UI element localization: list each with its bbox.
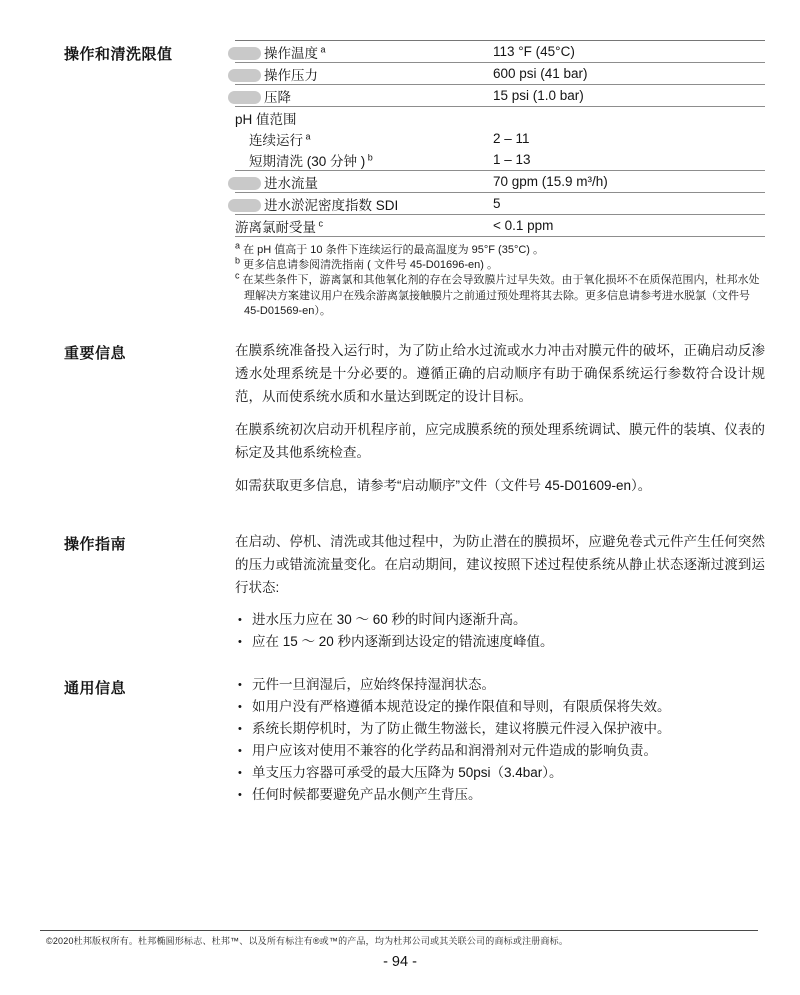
redaction-blob (228, 47, 261, 60)
limits-table: 操作温度 a113 °F (45°C)操作压力600 psi (41 bar)压… (235, 40, 765, 237)
section-title-guidelines: 操作指南 (64, 530, 235, 653)
row-value (493, 107, 765, 129)
row-value: 113 °F (45°C) (493, 41, 765, 63)
bullet-item: 单支压力容器可承受的最大压降为 50psi（3.4bar）。 (235, 762, 765, 784)
guidelines-bullets: 进水压力应在 30 ～ 60 秒的时间内逐渐升高。应在 15 ～ 20 秒内逐渐… (235, 609, 765, 653)
row-value: 1 – 13 (493, 149, 765, 171)
table-row: 操作压力600 psi (41 bar) (235, 63, 765, 85)
footnotes: a 在 pH 值高于 10 条件下连续运行的最高温度为 95°F (35°C) … (235, 243, 765, 319)
bullet-item: 进水压力应在 30 ～ 60 秒的时间内逐渐升高。 (235, 609, 765, 631)
table-row: 游离氯耐受量 c< 0.1 ppm (235, 215, 765, 237)
row-label: 压降 (235, 85, 493, 107)
row-label: pH 值范围 (235, 107, 493, 129)
guidelines-intro: 在启动、停机、清洗或其他过程中，为防止潜在的膜损坏，应避免卷式元件产生任何突然的… (235, 530, 765, 599)
section-title-general: 通用信息 (64, 674, 235, 806)
table-row: 连续运行 a2 – 11 (235, 128, 765, 149)
row-value: 5 (493, 193, 765, 215)
section-general: 通用信息 元件一旦润湿后，应始终保持湿润状态。如用户没有严格遵循本规范设定的操作… (0, 674, 800, 806)
footnote-marker: c (235, 271, 240, 281)
general-body: 元件一旦润湿后，应始终保持湿润状态。如用户没有严格遵循本规范设定的操作限值和导则… (235, 674, 765, 806)
important-body: 在膜系统准备投入运行时，为了防止给水过流或水力冲击对膜元件的破坏，正确启动反渗透… (235, 339, 765, 497)
redaction-blob (228, 69, 261, 82)
bullet-item: 系统长期停机时，为了防止微生物滋长，建议将膜元件浸入保护液中。 (235, 718, 765, 740)
document-page: 操作和清洗限值 操作温度 a113 °F (45°C)操作压力600 psi (… (0, 0, 800, 995)
limits-body: 操作温度 a113 °F (45°C)操作压力600 psi (41 bar)压… (235, 40, 765, 319)
section-guidelines: 操作指南 在启动、停机、清洗或其他过程中，为防止潜在的膜损坏，应避免卷式元件产生… (0, 530, 800, 653)
copyright-text: ©2020杜邦版权所有。杜邦椭圆形标志、杜邦™、以及所有标注有®或™的产品，均为… (46, 934, 758, 947)
redaction-blob (228, 199, 261, 212)
redaction-blob (228, 177, 261, 190)
row-value: 600 psi (41 bar) (493, 63, 765, 85)
guidelines-body: 在启动、停机、清洗或其他过程中，为防止潜在的膜损坏，应避免卷式元件产生任何突然的… (235, 530, 765, 653)
section-title-limits: 操作和清洗限值 (64, 40, 235, 319)
footnote: b 更多信息请参阅清洗指南 ( 文件号 45-D01696-en) 。 (235, 258, 765, 273)
table-row: pH 值范围 (235, 107, 765, 129)
table-row: 短期清洗 (30 分钟 ) b1 – 13 (235, 149, 765, 171)
body-paragraph: 如需获取更多信息，请参考“启动顺序”文件（文件号 45-D01609-en）。 (235, 474, 765, 497)
general-bullets: 元件一旦润湿后，应始终保持湿润状态。如用户没有严格遵循本规范设定的操作限值和导则… (235, 674, 765, 806)
row-value: < 0.1 ppm (493, 215, 765, 237)
redaction-blob (228, 91, 261, 104)
table-row: 操作温度 a113 °F (45°C) (235, 41, 765, 63)
row-value: 15 psi (1.0 bar) (493, 85, 765, 107)
row-label: 短期清洗 (30 分钟 ) b (235, 149, 493, 171)
row-label: 操作压力 (235, 63, 493, 85)
section-title-important: 重要信息 (64, 339, 235, 497)
footnote: a 在 pH 值高于 10 条件下连续运行的最高温度为 95°F (35°C) … (235, 243, 765, 258)
bullet-item: 任何时候都要避免产品水侧产生背压。 (235, 784, 765, 806)
table-row: 进水淤泥密度指数 SDI5 (235, 193, 765, 215)
footnote-marker: c (316, 218, 323, 228)
footnote-marker: a (303, 131, 311, 141)
row-value: 2 – 11 (493, 128, 765, 149)
section-important: 重要信息 在膜系统准备投入运行时，为了防止给水过流或水力冲击对膜元件的破坏，正确… (0, 339, 800, 497)
row-label: 进水流量 (235, 171, 493, 193)
footer-divider (40, 930, 758, 931)
bullet-item: 应在 15 ～ 20 秒内逐渐到达设定的错流速度峰值。 (235, 631, 765, 653)
row-label: 连续运行 a (235, 128, 493, 149)
bullet-item: 如用户没有严格遵循本规范设定的操作限值和导则，有限质保将失效。 (235, 696, 765, 718)
table-row: 进水流量70 gpm (15.9 m³/h) (235, 171, 765, 193)
footnote-marker: b (365, 152, 373, 162)
footnote-marker: b (235, 256, 240, 266)
row-value: 70 gpm (15.9 m³/h) (493, 171, 765, 193)
row-label: 游离氯耐受量 c (235, 215, 493, 237)
footnote-marker: a (318, 44, 326, 54)
body-paragraph: 在膜系统准备投入运行时，为了防止给水过流或水力冲击对膜元件的破坏，正确启动反渗透… (235, 339, 765, 408)
row-label: 进水淤泥密度指数 SDI (235, 193, 493, 215)
row-label: 操作温度 a (235, 41, 493, 63)
page-number: - 94 - (0, 954, 800, 970)
footnote-marker: a (235, 240, 240, 250)
table-row: 压降15 psi (1.0 bar) (235, 85, 765, 107)
footnote: c 在某些条件下，游离氯和其他氧化剂的存在会导致膜片过早失效。由于氧化损坏不在质… (235, 273, 765, 319)
section-limits: 操作和清洗限值 操作温度 a113 °F (45°C)操作压力600 psi (… (0, 40, 800, 319)
bullet-item: 用户应该对使用不兼容的化学药品和润滑剂对元件造成的影响负责。 (235, 740, 765, 762)
body-paragraph: 在膜系统初次启动开机程序前，应完成膜系统的预处理系统调试、膜元件的装填、仪表的标… (235, 418, 765, 464)
bullet-item: 元件一旦润湿后，应始终保持湿润状态。 (235, 674, 765, 696)
